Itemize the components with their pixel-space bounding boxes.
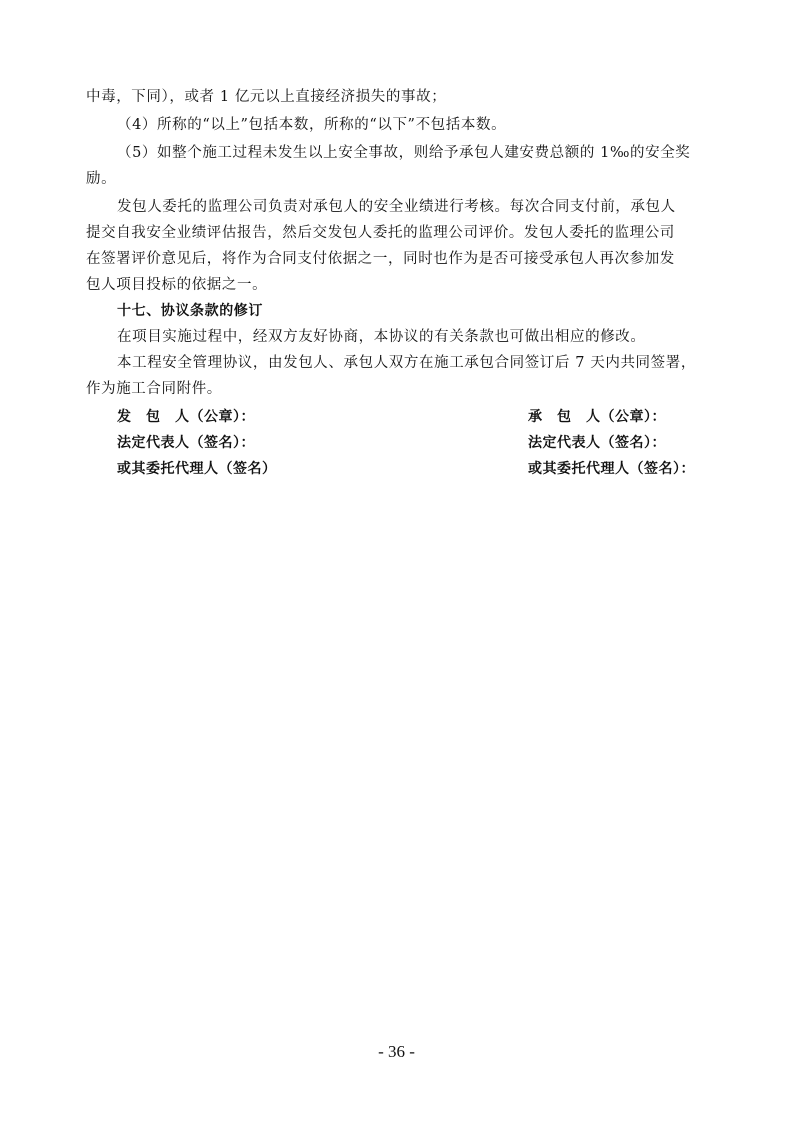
paragraph-item-4: （4）所称的“以上”包括本数，所称的“以下”不包括本数。 — [117, 112, 506, 138]
section-heading: 十七、协议条款的修订 — [117, 298, 263, 324]
paragraph-line: 提交自我安全业绩评估报告，然后交发包人委托的监理公司评价。发包人委托的监理公司 — [86, 220, 675, 246]
page-number: - 36 - — [0, 1042, 793, 1062]
paragraph-line: 在签署评价意见后，将作为合同支付依据之一，同时也作为是否可接受承包人再次参加发 — [86, 246, 675, 272]
paragraph-line: 中毒，下同），或者 1 亿元以上直接经济损失的事故； — [86, 84, 446, 110]
contractor-agent-label: 或其委托代理人（签名）： — [528, 456, 695, 482]
document-page: 中毒，下同），或者 1 亿元以上直接经济损失的事故； （4）所称的“以上”包括本… — [0, 0, 793, 1122]
paragraph-line: 作为施工合同附件。 — [86, 376, 222, 402]
contractor-legal-rep-label: 法定代表人（签名）： — [528, 430, 666, 456]
paragraph-revision: 在项目实施过程中，经双方友好协商，本协议的有关条款也可做出相应的修改。 — [117, 324, 646, 350]
paragraph-assessment: 发包人委托的监理公司负责对承包人的安全业绩进行考核。每次合同支付前，承包人 — [117, 194, 676, 220]
contractor-seal-label: 承 包 人（公章）： — [528, 404, 666, 430]
paragraph-item-5: （5）如整个施工过程未发生以上安全事故，则给予承包人建安费总额的 1‰的安全奖 — [117, 140, 690, 166]
paragraph-line: 励。 — [86, 166, 116, 192]
employer-agent-label: 或其委托代理人（签名） — [117, 456, 277, 482]
employer-seal-label: 发 包 人（公章）： — [117, 404, 255, 430]
paragraph-line: 包人项目投标的依据之一。 — [86, 272, 267, 298]
employer-legal-rep-label: 法定代表人（签名）： — [117, 430, 255, 456]
paragraph-signing: 本工程安全管理协议，由发包人、承包人双方在施工承包合同签订后 7 天内共同签署， — [117, 350, 696, 376]
